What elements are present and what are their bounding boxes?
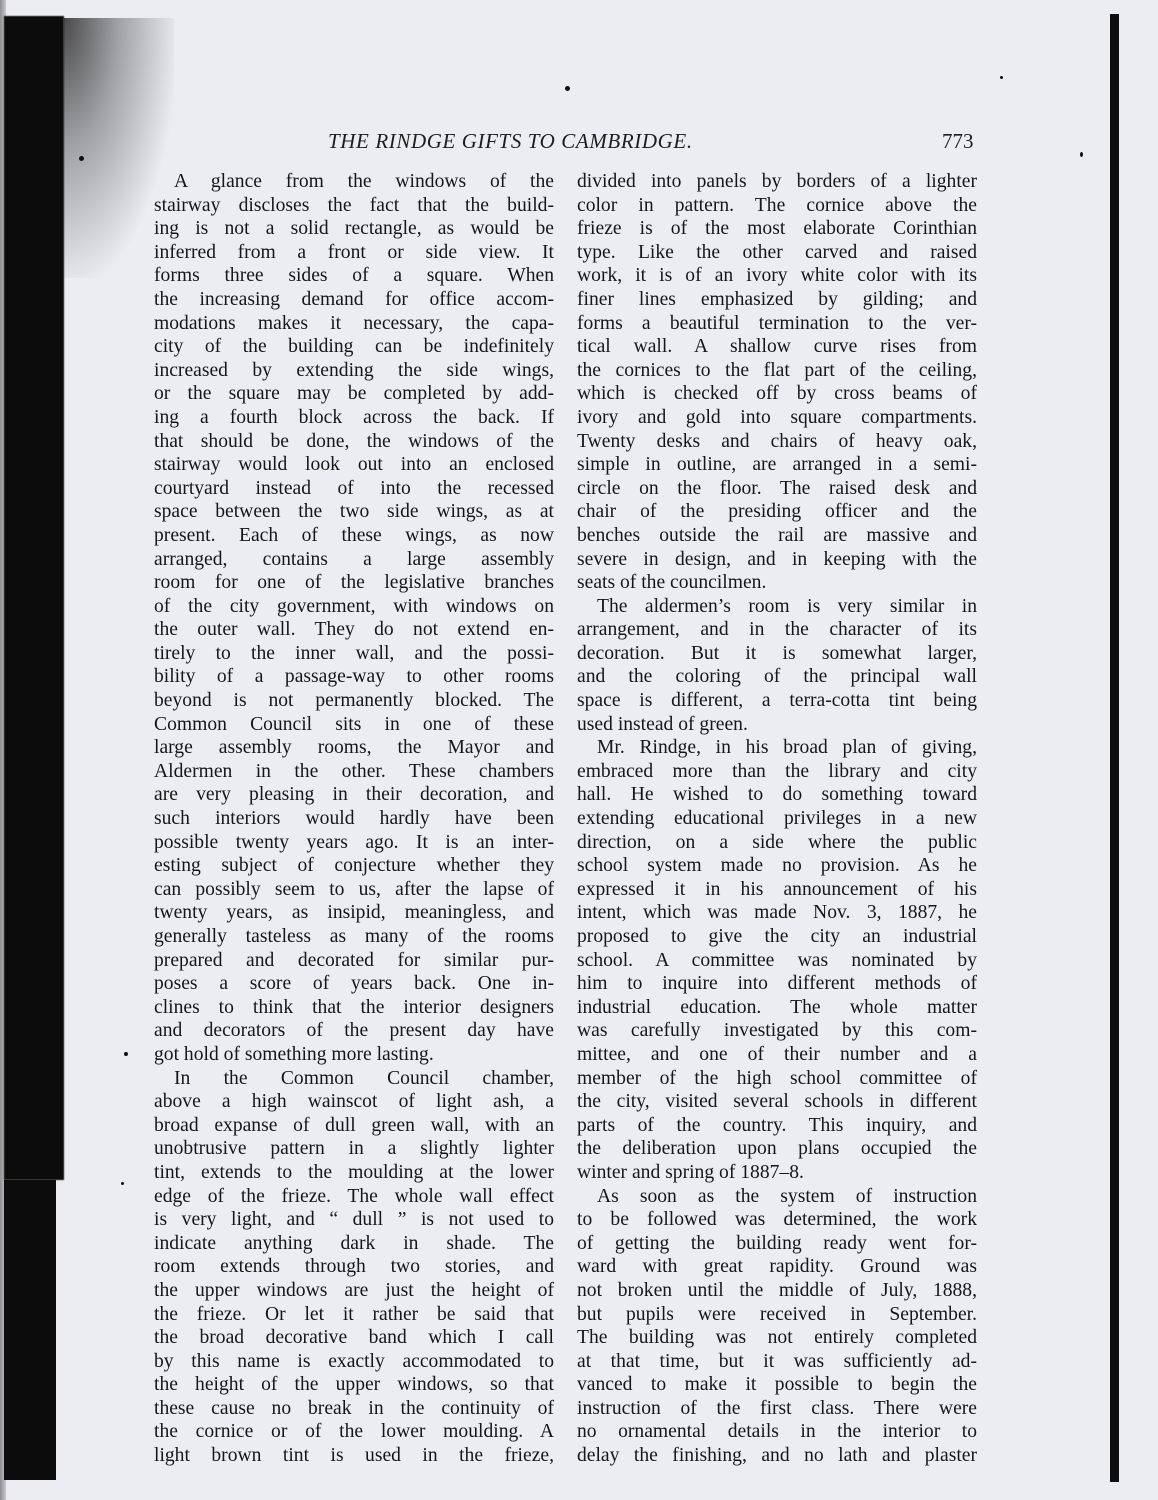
text-line: these cause no break in the continuity o… [154,1397,554,1421]
text-line: generally tasteless as many of the rooms [154,925,554,949]
scan-speck [79,156,84,161]
text-line: indicate anything dark in shade. The [154,1232,554,1256]
text-line: city of the building can be indefinitely [154,335,554,359]
text-line: light brown tint is used in the frieze, [154,1444,554,1468]
scan-left-dark-border [4,16,64,1180]
text-column-left: A glance from the windows of thestairway… [154,170,554,1468]
text-line: member of the high school committee of [577,1067,977,1091]
text-line: parts of the country. This inquiry, and [577,1114,977,1138]
text-line: mittee, and one of their number and a [577,1043,977,1067]
scan-speck [124,1052,128,1056]
text-line: type. Like the other carved and raised [577,241,977,265]
text-line: winter and spring of 1887–8. [577,1161,977,1185]
text-line: the frieze. Or let it rather be said tha… [154,1303,554,1327]
scan-left-dark-border-lower [4,1180,56,1480]
text-line: above a high wainscot of light ash, a [154,1090,554,1114]
text-line: possible twenty years ago. It is an inte… [154,831,554,855]
text-line: severe in design, and in keeping with th… [577,548,977,572]
text-line: him to inquire into different methods of [577,972,977,996]
text-line: of getting the building ready went for- [577,1232,977,1256]
text-line: As soon as the system of instruction [577,1185,977,1209]
text-line: expressed it in his announcement of his [577,878,977,902]
text-line: stairway discloses the fact that the bui… [154,194,554,218]
text-line: room for one of the legislative branches [154,571,554,595]
text-line: is very light, and “ dull ” is not used … [154,1208,554,1232]
text-line: the upper windows are just the height of [154,1279,554,1303]
text-line: the broad decorative band which I call [154,1326,554,1350]
text-line: forms three sides of a square. When [154,264,554,288]
text-line: tical wall. A shallow curve rises from [577,335,977,359]
text-line: that should be done, the windows of the [154,430,554,454]
text-line: direction, on a side where the public [577,831,977,855]
text-line: Mr. Rindge, in his broad plan of giving, [577,736,977,760]
text-line: arrangement, and in the character of its [577,618,977,642]
text-line: was carefully investigated by this com- [577,1019,977,1043]
text-line: or the square may be completed by add- [154,382,554,406]
text-line: large assembly rooms, the Mayor and [154,736,554,760]
text-line: poses a score of years back. One in- [154,972,554,996]
page-number: 773 [942,129,974,154]
text-line: prepared and decorated for similar pur- [154,949,554,973]
text-line: stairway would look out into an enclosed [154,453,554,477]
text-line: inferred from a front or side view. It [154,241,554,265]
text-line: space is different, a terra-cotta tint b… [577,689,977,713]
text-line: but pupils were received in September. [577,1303,977,1327]
text-line: vanced to make it possible to begin the [577,1373,977,1397]
text-line: decoration. But it is somewhat larger, [577,642,977,666]
text-line: A glance from the windows of the [154,170,554,194]
text-line: benches outside the rail are massive and [577,524,977,548]
text-line: to be followed was determined, the work [577,1208,977,1232]
text-line: the city, visited several schools in dif… [577,1090,977,1114]
text-line: the deliberation upon plans occupied the [577,1137,977,1161]
scan-right-dark-bar [1110,14,1119,1482]
text-line: finer lines emphasized by gilding; and [577,288,977,312]
text-line: edge of the frieze. The whole wall effec… [154,1185,554,1209]
text-line: got hold of something more lasting. [154,1043,554,1067]
text-line: no ornamental details in the interior to [577,1420,977,1444]
text-line: modations makes it necessary, the capa- [154,312,554,336]
text-line: frieze is of the most elaborate Corinthi… [577,217,977,241]
text-line: the cornices to the flat part of the cei… [577,359,977,383]
text-line: color in pattern. The cornice above the [577,194,977,218]
text-line: which is checked off by cross beams of [577,382,977,406]
text-line: extending educational privileges in a ne… [577,807,977,831]
text-line: ing is not a solid rectangle, as would b… [154,217,554,241]
text-line: room extends through two stories, and [154,1255,554,1279]
text-line: ivory and gold into square compartments. [577,406,977,430]
text-line: circle on the floor. The raised desk and [577,477,977,501]
text-line: work, it is of an ivory white color with… [577,264,977,288]
text-line: school system made no provision. As he [577,854,977,878]
text-line: The building was not entirely completed [577,1326,977,1350]
text-line: bility of a passage-way to other rooms [154,665,554,689]
text-line: ward with great rapidity. Ground was [577,1255,977,1279]
text-line: are very pleasing in their decoration, a… [154,783,554,807]
text-line: In the Common Council chamber, [154,1067,554,1091]
text-line: forms a beautiful termination to the ver… [577,312,977,336]
text-line: tint, extends to the moulding at the low… [154,1161,554,1185]
scan-speck [1000,76,1003,79]
text-line: unobtrusive pattern in a slightly lighte… [154,1137,554,1161]
text-line: beyond is not permanently blocked. The [154,689,554,713]
text-line: chair of the presiding officer and the [577,500,977,524]
text-line: Common Council sits in one of these [154,713,554,737]
text-line: by this name is exactly accommodated to [154,1350,554,1374]
text-line: increased by extending the side wings, [154,359,554,383]
scanned-page: THE RINDGE GIFTS TO CAMBRIDGE. 773 A gla… [0,0,1158,1500]
text-line: arranged, contains a large assembly [154,548,554,572]
text-line: clines to think that the interior design… [154,996,554,1020]
text-line: divided into panels by borders of a ligh… [577,170,977,194]
text-line: delay the finishing, and no lath and pla… [577,1444,977,1468]
text-line: used instead of green. [577,713,977,737]
text-line: industrial education. The whole matter [577,996,977,1020]
scan-speck [565,86,570,91]
scan-speck [121,1182,124,1185]
text-line: such interiors would hardly have been [154,807,554,831]
text-line: Aldermen in the other. These chambers [154,760,554,784]
text-line: seats of the councilmen. [577,571,977,595]
text-line: and decorators of the present day have [154,1019,554,1043]
text-line: The aldermen’s room is very similar in [577,595,977,619]
text-line: courtyard instead of into the recessed [154,477,554,501]
running-head-title: THE RINDGE GIFTS TO CAMBRIDGE. [328,129,693,154]
text-line: embraced more than the library and city [577,760,977,784]
text-line: instruction of the first class. There we… [577,1397,977,1421]
text-line: of the city government, with windows on [154,595,554,619]
text-line: intent, which was made Nov. 3, 1887, he [577,901,977,925]
text-line: school. A committee was nominated by [577,949,977,973]
text-line: hall. He wished to do something toward [577,783,977,807]
text-line: Twenty desks and chairs of heavy oak, [577,430,977,454]
text-line: twenty years, as insipid, meaningless, a… [154,901,554,925]
text-line: the increasing demand for office accom- [154,288,554,312]
scan-speck [1080,152,1083,157]
text-line: space between the two side wings, as at [154,500,554,524]
text-line: ing a fourth block across the back. If [154,406,554,430]
text-line: simple in outline, are arranged in a sem… [577,453,977,477]
text-line: broad expanse of dull green wall, with a… [154,1114,554,1138]
text-line: not broken until the middle of July, 188… [577,1279,977,1303]
text-line: proposed to give the city an industrial [577,925,977,949]
text-line: the outer wall. They do not extend en- [154,618,554,642]
text-column-right: divided into panels by borders of a ligh… [577,170,977,1468]
text-line: and the coloring of the principal wall [577,665,977,689]
text-line: can possibly seem to us, after the lapse… [154,878,554,902]
text-line: at that time, but it was sufficiently ad… [577,1350,977,1374]
text-line: the cornice or of the lower moulding. A [154,1420,554,1444]
text-line: the height of the upper windows, so that [154,1373,554,1397]
text-line: esting subject of conjecture whether the… [154,854,554,878]
text-line: tirely to the inner wall, and the possi- [154,642,554,666]
text-line: present. Each of these wings, as now [154,524,554,548]
